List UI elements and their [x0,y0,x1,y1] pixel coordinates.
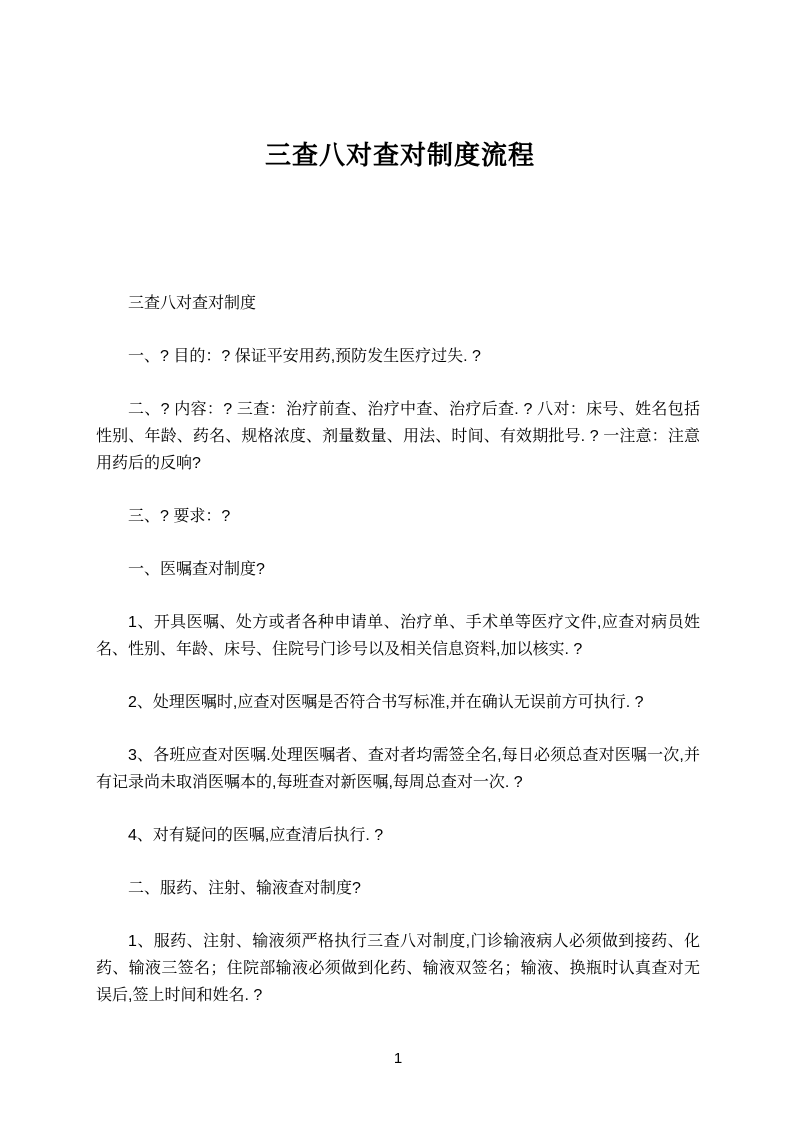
document-page: 三查八对查对制度流程 三查八对查对制度 一、? 目的：? 保证平安用药,预防发生… [0,0,793,1122]
para-order-item-4: 4、对有疑问的医嘱,应查清后执行. ? [96,822,700,849]
para-content: 二、? 内容：? 三查：治疗前查、治疗中查、治疗后查. ? 八对：床号、姓名包括… [96,396,700,477]
document-title: 三查八对查对制度流程 [96,139,704,171]
page-number: 1 [96,1049,700,1069]
para-order-item-1: 1、开具医嘱、处方或者各种申请单、治疗单、手术单等医疗文件,应查对病员姓名、性别… [96,609,700,663]
section-heading-system: 三查八对查对制度 [96,290,700,317]
heading-medication-injection-infusion-check: 二、服药、注射、输液查对制度? [96,875,700,902]
para-infusion-item-1: 1、服药、注射、输液须严格执行三查八对制度,门诊输液病人必须做到接药、化药、输液… [96,928,700,1009]
para-order-item-2: 2、处理医嘱时,应查对医嘱是否符合书写标准,并在确认无误前方可执行. ? [96,689,700,716]
document-body: 三查八对查对制度 一、? 目的：? 保证平安用药,预防发生医疗过失. ? 二、?… [96,290,700,1035]
para-order-item-3: 3、各班应查对医嘱.处理医嘱者、查对者均需签全名,每日必须总查对医嘱一次,并有记… [96,742,700,796]
para-requirements: 三、? 要求：? [96,503,700,530]
para-purpose: 一、? 目的：? 保证平安用药,预防发生医疗过失. ? [96,343,700,370]
heading-medical-order-check: 一、医嘱查对制度? [96,556,700,583]
